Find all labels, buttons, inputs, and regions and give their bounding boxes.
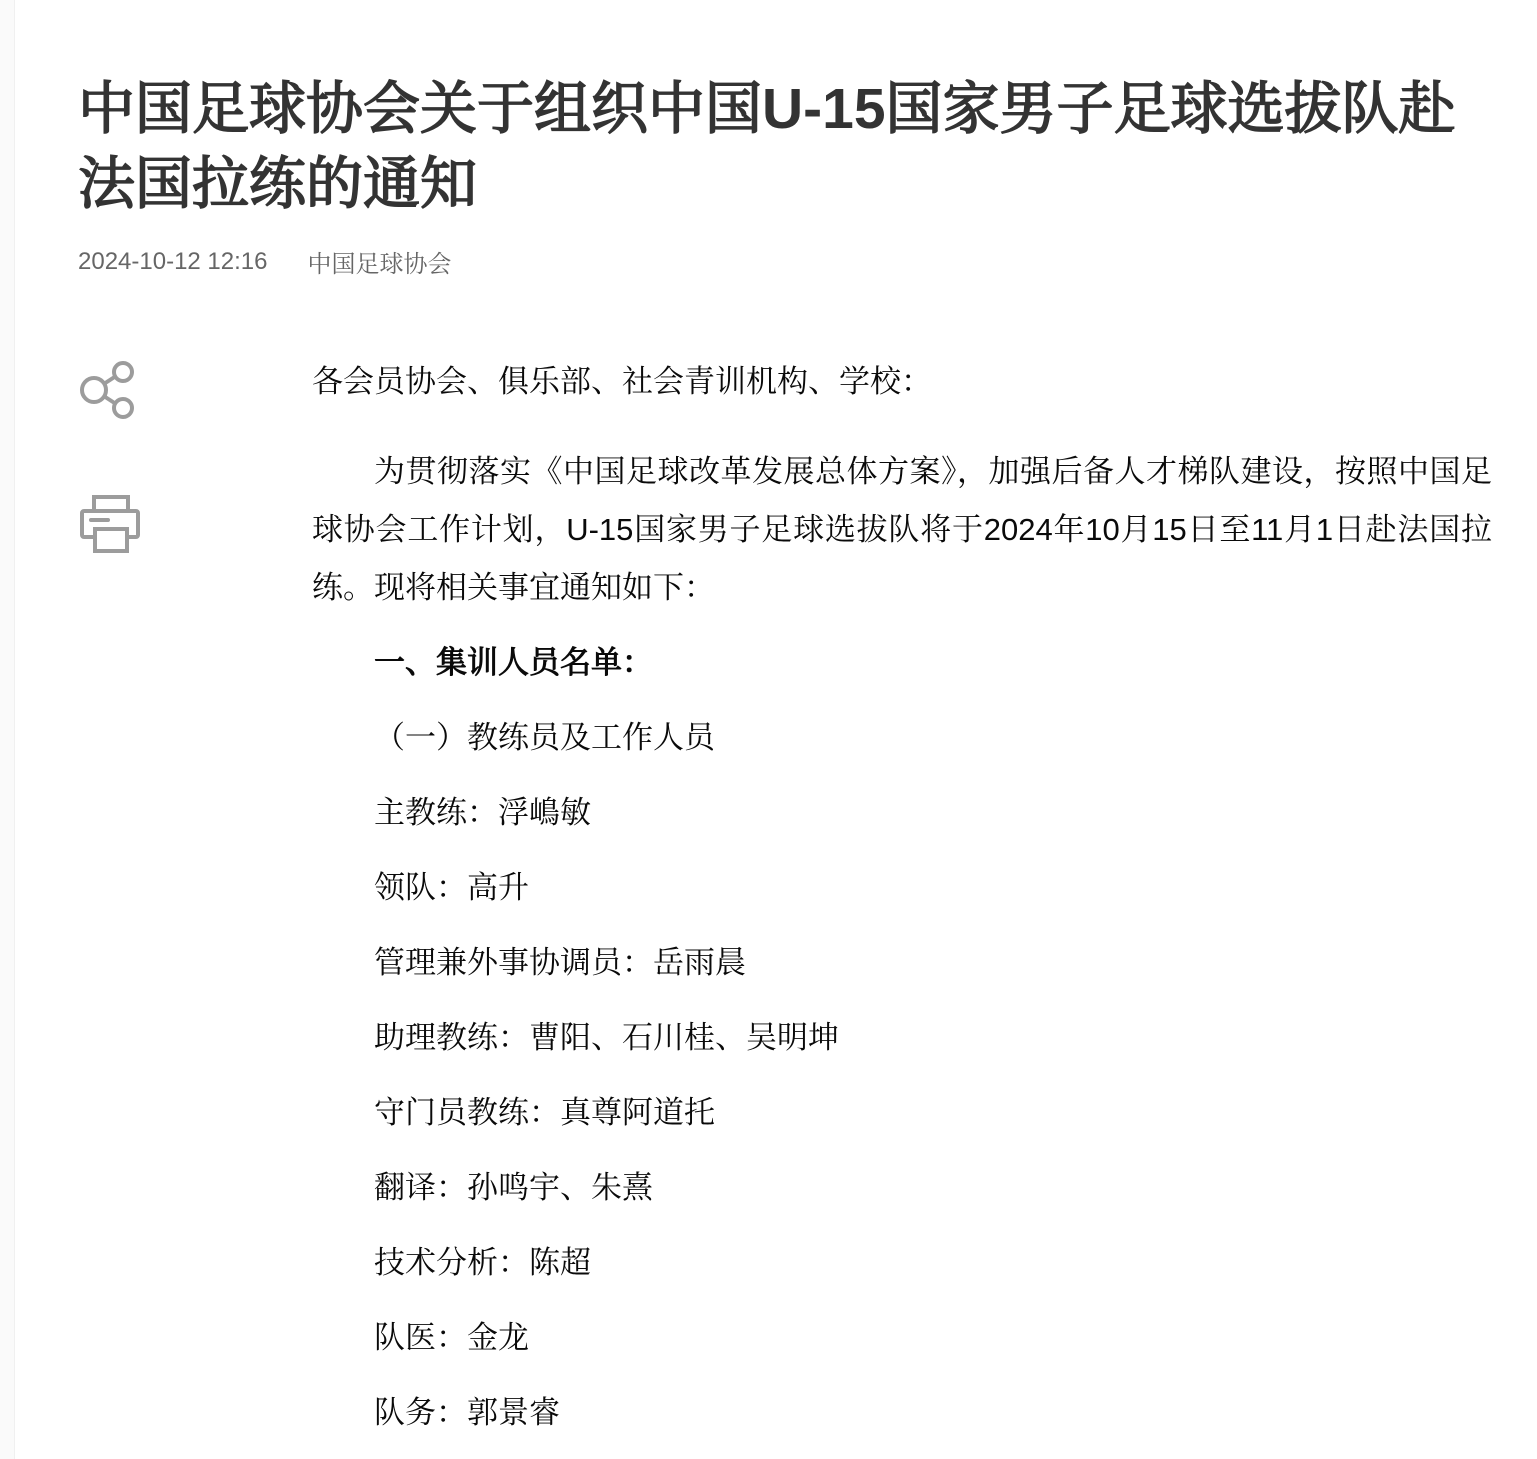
- article-paragraph: 主教练：浮嶋敏: [312, 784, 1492, 842]
- share-icon: [78, 407, 136, 422]
- article-paragraph: 各会员协会、俱乐部、社会青训机构、学校：: [312, 353, 1492, 411]
- source-label: 中国足球协会: [308, 244, 452, 279]
- article-paragraph: （一）教练员及工作人员: [312, 709, 1492, 767]
- toolbar-rail: [78, 353, 312, 1459]
- article-paragraph: 助理教练：曹阳、石川桂、吴明坤: [312, 1009, 1492, 1067]
- article-paragraph: 领队：高升: [312, 859, 1492, 917]
- article-paragraph: 翻译：孙鸣宇、朱熹: [312, 1159, 1492, 1217]
- print-icon: [79, 543, 141, 558]
- article-paragraph: 管理兼外事协调员：岳雨晨: [312, 934, 1492, 992]
- share-button[interactable]: [78, 361, 136, 419]
- article-paragraph: 为贯彻落实《中国足球改革发展总体方案》，加强后备人才梯队建设，按照中国足球协会工…: [312, 443, 1492, 617]
- left-edge-strip: [0, 0, 15, 1459]
- article-page: 中国足球协会关于组织中国U-15国家男子足球选拔队赴法国拉练的通知 2024-1…: [0, 0, 1537, 1459]
- article-paragraph: 技术分析：陈超: [312, 1234, 1492, 1292]
- article-paragraph: 守门员教练：真尊阿道托: [312, 1084, 1492, 1142]
- article-meta: 2024-10-12 12:16 中国足球协会: [78, 244, 1492, 279]
- publish-datetime: 2024-10-12 12:16: [78, 248, 268, 276]
- article-paragraph: 队医：金龙: [312, 1309, 1492, 1367]
- article-paragraph: 一、集训人员名单：: [312, 634, 1492, 692]
- content-row: 各会员协会、俱乐部、社会青训机构、学校：为贯彻落实《中国足球改革发展总体方案》，…: [78, 353, 1492, 1459]
- article-body: 各会员协会、俱乐部、社会青训机构、学校：为贯彻落实《中国足球改革发展总体方案》，…: [312, 353, 1492, 1459]
- page-title: 中国足球协会关于组织中国U-15国家男子足球选拔队赴法国拉练的通知: [78, 72, 1492, 222]
- article-paragraph: 队务：郭景睿: [312, 1384, 1492, 1442]
- print-button[interactable]: [79, 493, 141, 555]
